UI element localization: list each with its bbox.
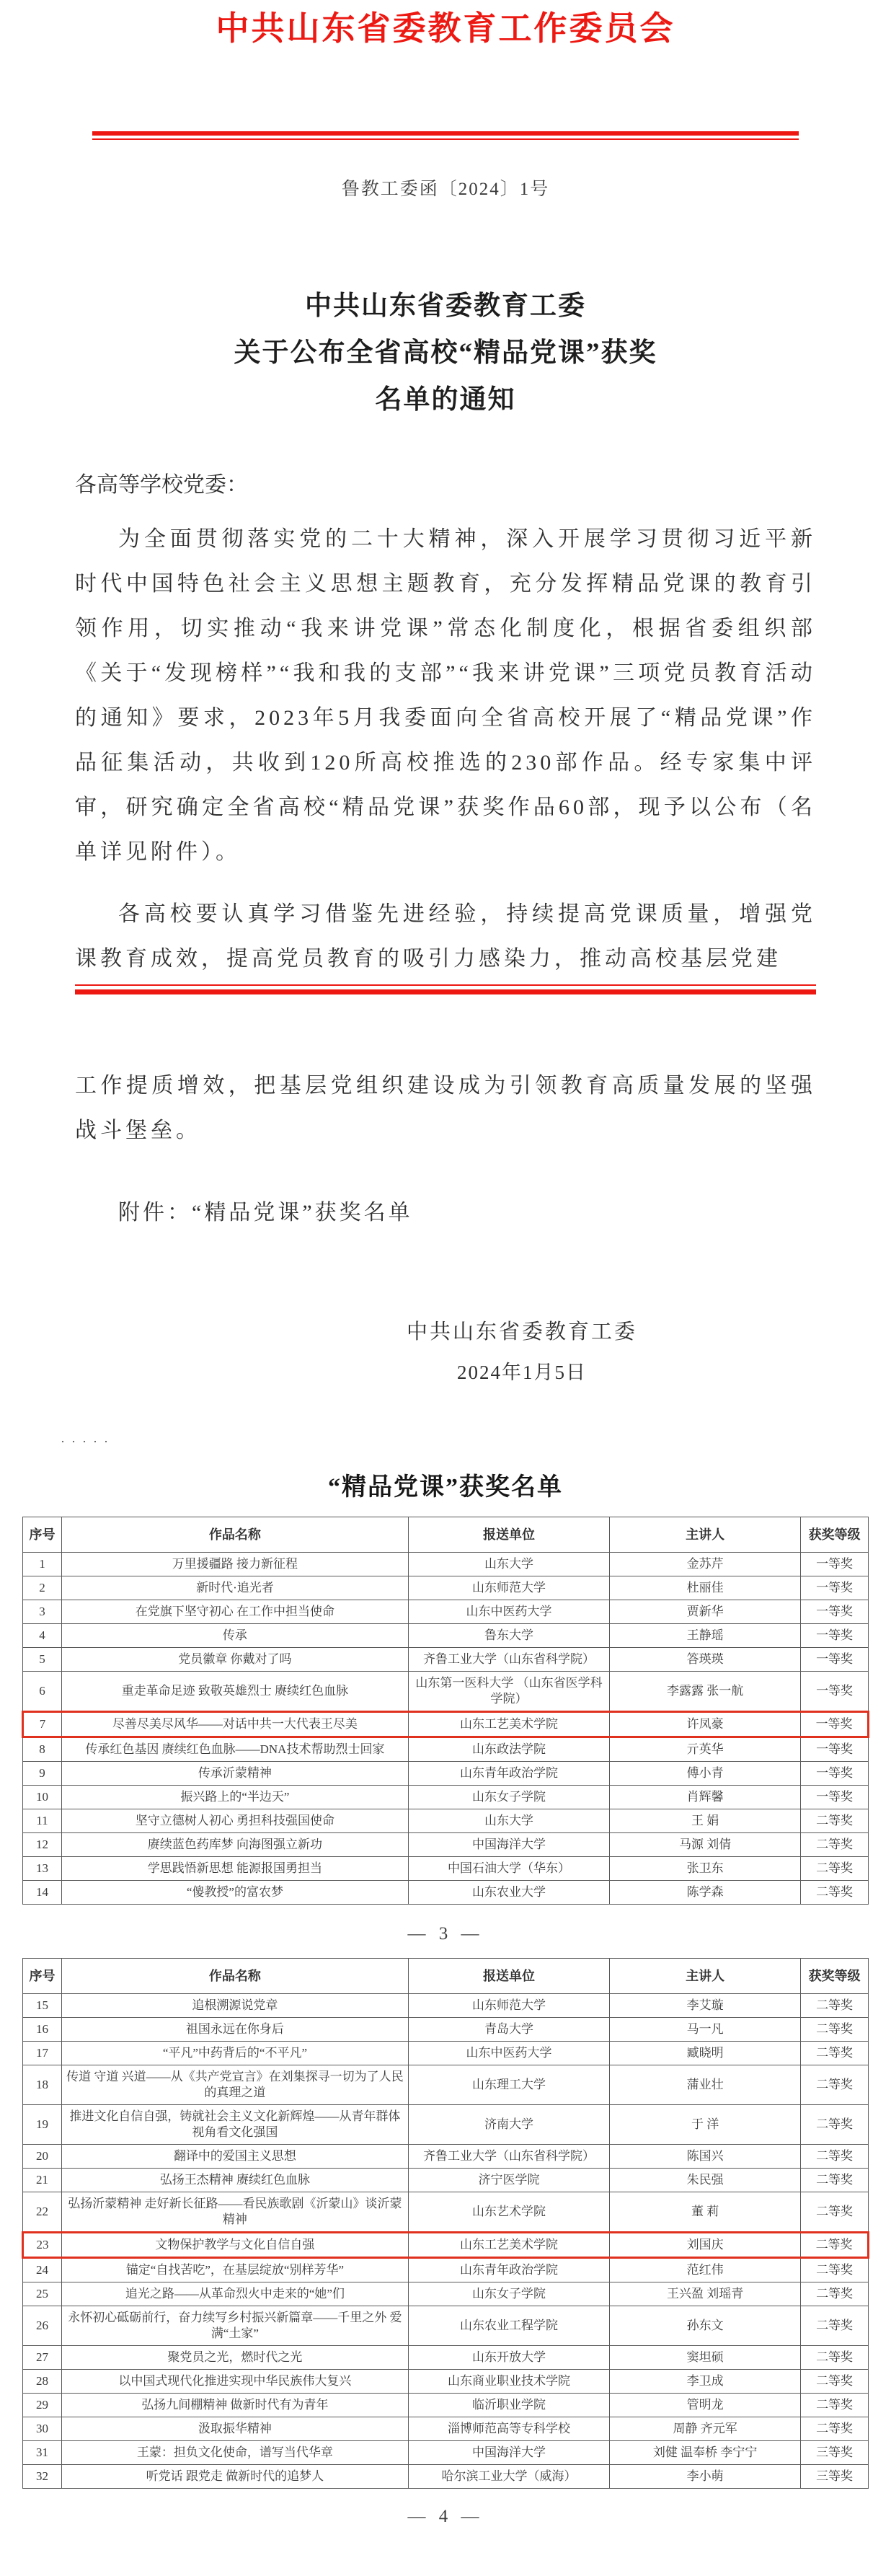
row-number: 2 bbox=[23, 1576, 62, 1600]
work-title: 汲取振华精神 bbox=[61, 2417, 408, 2441]
submitting-unit: 山东中医药大学 bbox=[408, 1600, 609, 1624]
signature-date: 2024年1月5日 bbox=[407, 1358, 637, 1387]
award-row-11: 11坚守立德树人初心 勇担科技强国使命山东大学王 娟二等奖 bbox=[23, 1809, 869, 1833]
award-row-9: 9传承沂蒙精神山东青年政治学院傅小青一等奖 bbox=[23, 1762, 869, 1786]
notice-title: 中共山东省委教育工委 关于公布全省高校“精品党课”获奖 名单的通知 bbox=[0, 283, 891, 423]
row-number: 10 bbox=[23, 1786, 62, 1809]
award-row-32: 32听党话 跟党走 做新时代的追梦人哈尔滨工业大学（威海）李小萌三等奖 bbox=[23, 2465, 869, 2489]
speaker-name: 张卫东 bbox=[610, 1857, 801, 1881]
submitting-unit: 临沂职业学院 bbox=[408, 2394, 609, 2417]
award-level: 一等奖 bbox=[801, 1624, 869, 1648]
work-title: 推进文化自信自强，铸就社会主义文化新辉煌——从青年群体视角看文化强国 bbox=[61, 2105, 408, 2145]
work-title: 翻译中的爱国主义思想 bbox=[61, 2145, 408, 2169]
work-title: 王蒙：担负文化使命，谱写当代华章 bbox=[61, 2441, 408, 2465]
notice-title-line-1: 中共山东省委教育工委 bbox=[0, 283, 891, 330]
speaker-name: 陈国兴 bbox=[610, 2145, 801, 2169]
award-level: 二等奖 bbox=[801, 2346, 869, 2370]
speaker-name: 王兴盈 刘瑶青 bbox=[610, 2282, 801, 2306]
official-notice-document: 中共山东省委教育工作委员会 鲁教工委函〔2024〕1号 中共山东省委教育工委 关… bbox=[0, 0, 891, 2576]
row-number: 15 bbox=[23, 1994, 62, 2018]
work-title: 万里援疆路 接力新征程 bbox=[61, 1553, 408, 1576]
work-title: 弘扬王杰精神 赓续红色血脉 bbox=[61, 2169, 408, 2192]
submitting-unit: 山东理工大学 bbox=[408, 2065, 609, 2105]
submitting-unit: 中国石油大学（华东） bbox=[408, 1857, 609, 1881]
row-number: 23 bbox=[23, 2233, 62, 2258]
award-level: 二等奖 bbox=[801, 1881, 869, 1905]
award-level: 二等奖 bbox=[801, 2042, 869, 2065]
submitting-unit: 山东女子学院 bbox=[408, 1786, 609, 1809]
award-row-10: 10振兴路上的“半边天”山东女子学院肖辉馨一等奖 bbox=[23, 1786, 869, 1809]
award-table-page-3: 序号作品名称报送单位主讲人获奖等级 1万里援疆路 接力新征程山东大学金苏芹一等奖… bbox=[22, 1517, 869, 1905]
award-level: 二等奖 bbox=[801, 2145, 869, 2169]
page-separator-red-rule bbox=[75, 984, 816, 994]
work-title: 传道 守道 兴道——从《共产党宣言》在刘集探寻一切为了人民的真理之道 bbox=[61, 2065, 408, 2105]
speaker-name: 马一凡 bbox=[610, 2018, 801, 2042]
submitting-unit: 山东农业大学 bbox=[408, 1881, 609, 1905]
body-paragraph-2-part-1: 各高校要认真学习借鉴先进经验，持续提高党课质量，增强党课教育成效，提高党员教育的… bbox=[75, 892, 816, 982]
submitting-unit: 山东中医药大学 bbox=[408, 2042, 609, 2065]
award-row-19: 19推进文化自信自强，铸就社会主义文化新辉煌——从青年群体视角看文化强国济南大学… bbox=[23, 2105, 869, 2145]
award-level: 二等奖 bbox=[801, 2282, 869, 2306]
row-number: 31 bbox=[23, 2441, 62, 2465]
row-number: 7 bbox=[23, 1712, 62, 1737]
award-level: 二等奖 bbox=[801, 2370, 869, 2394]
submitting-unit: 齐鲁工业大学（山东省科学院） bbox=[408, 2145, 609, 2169]
award-level: 一等奖 bbox=[801, 1576, 869, 1600]
award-level: 二等奖 bbox=[801, 2394, 869, 2417]
speaker-name: 朱民强 bbox=[610, 2169, 801, 2192]
award-level: 一等奖 bbox=[801, 1786, 869, 1809]
row-number: 22 bbox=[23, 2192, 62, 2233]
col-header-no: 序号 bbox=[23, 1959, 62, 1994]
col-header-work-title: 作品名称 bbox=[61, 1959, 408, 1994]
submitting-unit: 山东第一医科大学 （山东省医学科学院） bbox=[408, 1672, 609, 1712]
speaker-name: 刘健 温奉桥 李宁宁 bbox=[610, 2441, 801, 2465]
speaker-name: 管明龙 bbox=[610, 2394, 801, 2417]
work-title: 聚党员之光，燃时代之光 bbox=[61, 2346, 408, 2370]
award-level: 二等奖 bbox=[801, 2306, 869, 2346]
submitting-unit: 山东师范大学 bbox=[408, 1576, 609, 1600]
speaker-name: 贾新华 bbox=[610, 1600, 801, 1624]
award-level: 二等奖 bbox=[801, 1857, 869, 1881]
submitting-unit: 山东开放大学 bbox=[408, 2346, 609, 2370]
submitting-unit: 山东商业职业技术学院 bbox=[408, 2370, 609, 2394]
work-title: “傻教授”的富农梦 bbox=[61, 1881, 408, 1905]
submitting-unit: 山东艺术学院 bbox=[408, 2192, 609, 2233]
speaker-name: 孙东文 bbox=[610, 2306, 801, 2346]
submitting-unit: 哈尔滨工业大学（威海） bbox=[408, 2465, 609, 2489]
table-header-row: 序号作品名称报送单位主讲人获奖等级 bbox=[23, 1959, 869, 1994]
submitting-unit: 山东工艺美术学院 bbox=[408, 1712, 609, 1737]
award-table-page-4: 序号作品名称报送单位主讲人获奖等级 15追根溯源说党章山东师范大学李艾璇二等奖1… bbox=[22, 1958, 869, 2489]
award-row-21: 21弘扬王杰精神 赓续红色血脉济宁医学院朱民强二等奖 bbox=[23, 2169, 869, 2192]
submitting-unit: 济宁医学院 bbox=[408, 2169, 609, 2192]
row-number: 24 bbox=[23, 2258, 62, 2282]
award-row-5: 5党员徽章 你戴对了吗齐鲁工业大学（山东省科学院）答瑛瑛一等奖 bbox=[23, 1648, 869, 1672]
submitting-unit: 山东政法学院 bbox=[408, 1737, 609, 1762]
work-title: 在党旗下坚守初心 在工作中担当使命 bbox=[61, 1600, 408, 1624]
row-number: 4 bbox=[23, 1624, 62, 1648]
award-row-20: 20翻译中的爱国主义思想齐鲁工业大学（山东省科学院）陈国兴二等奖 bbox=[23, 2145, 869, 2169]
speaker-name: 王静瑶 bbox=[610, 1624, 801, 1648]
work-title: “平凡”中药背后的“不平凡” bbox=[61, 2042, 408, 2065]
row-number: 6 bbox=[23, 1672, 62, 1712]
body-paragraph-1: 为全面贯彻落实党的二十大精神，深入开展学习贯彻习近平新时代中国特色社会主义思想主… bbox=[75, 517, 816, 875]
letterhead-red-rule bbox=[92, 131, 799, 140]
body-paragraph-2-part-2: 工作提质增效，把基层党组织建设成为引领教育高质量发展的坚强战斗堡垒。 bbox=[75, 1064, 816, 1153]
col-header-speaker: 主讲人 bbox=[610, 1517, 801, 1553]
submitting-unit: 青岛大学 bbox=[408, 2018, 609, 2042]
row-number: 3 bbox=[23, 1600, 62, 1624]
row-number: 5 bbox=[23, 1648, 62, 1672]
row-number: 14 bbox=[23, 1881, 62, 1905]
award-row-25: 25追光之路——从革命烈火中走来的“她”们山东女子学院王兴盈 刘瑶青二等奖 bbox=[23, 2282, 869, 2306]
table-header-row: 序号作品名称报送单位主讲人获奖等级 bbox=[23, 1517, 869, 1553]
speaker-name: 金苏芹 bbox=[610, 1553, 801, 1576]
row-number: 16 bbox=[23, 2018, 62, 2042]
notice-title-line-2: 关于公布全省高校“精品党课”获奖 bbox=[0, 330, 891, 376]
row-number: 9 bbox=[23, 1762, 62, 1786]
award-row-16: 16祖国永远在你身后青岛大学马一凡二等奖 bbox=[23, 2018, 869, 2042]
award-row-1: 1万里援疆路 接力新征程山东大学金苏芹一等奖 bbox=[23, 1553, 869, 1576]
award-row-3: 3在党旗下坚守初心 在工作中担当使命山东中医药大学贾新华一等奖 bbox=[23, 1600, 869, 1624]
speaker-name: 陈学森 bbox=[610, 1881, 801, 1905]
submitting-unit: 淄博师范高等专科学校 bbox=[408, 2417, 609, 2441]
page-3-marker: — 3 — bbox=[0, 1922, 891, 1946]
award-level: 二等奖 bbox=[801, 2065, 869, 2105]
award-level: 三等奖 bbox=[801, 2465, 869, 2489]
speaker-name: 李小萌 bbox=[610, 2465, 801, 2489]
col-header-submitting-unit: 报送单位 bbox=[408, 1517, 609, 1553]
award-row-23: 23文物保护教学与文化自信自强山东工艺美术学院刘国庆二等奖 bbox=[23, 2233, 869, 2258]
salutation: 各高等学校党委： bbox=[75, 471, 816, 500]
submitting-unit: 济南大学 bbox=[408, 2105, 609, 2145]
submitting-unit: 山东工艺美术学院 bbox=[408, 2233, 609, 2258]
speaker-name: 蒲业壮 bbox=[610, 2065, 801, 2105]
row-number: 20 bbox=[23, 2145, 62, 2169]
award-level: 二等奖 bbox=[801, 2233, 869, 2258]
speaker-name: 答瑛瑛 bbox=[610, 1648, 801, 1672]
award-row-27: 27聚党员之光，燃时代之光山东开放大学窦坦硕二等奖 bbox=[23, 2346, 869, 2370]
award-row-28: 28以中国式现代化推进实现中华民族伟大复兴山东商业职业技术学院李卫成二等奖 bbox=[23, 2370, 869, 2394]
work-title: 弘扬九间棚精神 做新时代有为青年 bbox=[61, 2394, 408, 2417]
award-level: 一等奖 bbox=[801, 1600, 869, 1624]
work-title: 听党话 跟党走 做新时代的追梦人 bbox=[61, 2465, 408, 2489]
col-header-submitting-unit: 报送单位 bbox=[408, 1959, 609, 1994]
work-title: 党员徽章 你戴对了吗 bbox=[61, 1648, 408, 1672]
red-rule-thin-line bbox=[92, 138, 799, 140]
row-number: 1 bbox=[23, 1553, 62, 1576]
award-row-6: 6重走革命足迹 致敬英雄烈士 赓续红色血脉山东第一医科大学 （山东省医学科学院）… bbox=[23, 1672, 869, 1712]
award-row-13: 13学思践悟新思想 能源报国勇担当中国石油大学（华东）张卫东二等奖 bbox=[23, 1857, 869, 1881]
award-level: 二等奖 bbox=[801, 2192, 869, 2233]
letterhead-org-title: 中共山东省委教育工作委员会 bbox=[0, 7, 891, 50]
award-level: 一等奖 bbox=[801, 1648, 869, 1672]
award-level: 二等奖 bbox=[801, 1833, 869, 1857]
award-level: 二等奖 bbox=[801, 2018, 869, 2042]
work-title: 重走革命足迹 致敬英雄烈士 赓续红色血脉 bbox=[61, 1672, 408, 1712]
row-number: 30 bbox=[23, 2417, 62, 2441]
work-title: 祖国永远在你身后 bbox=[61, 2018, 408, 2042]
work-title: 追光之路——从革命烈火中走来的“她”们 bbox=[61, 2282, 408, 2306]
row-number: 13 bbox=[23, 1857, 62, 1881]
work-title: 赓续蓝色药库梦 向海图强立新功 bbox=[61, 1833, 408, 1857]
speaker-name: 杜丽佳 bbox=[610, 1576, 801, 1600]
award-level: 二等奖 bbox=[801, 2417, 869, 2441]
col-header-speaker: 主讲人 bbox=[610, 1959, 801, 1994]
award-row-26: 26永怀初心砥砺前行，奋力续写乡村振兴新篇章——千里之外 爱满“土家”山东农业工… bbox=[23, 2306, 869, 2346]
award-level: 二等奖 bbox=[801, 2105, 869, 2145]
document-number: 鲁教工委函〔2024〕1号 bbox=[0, 177, 891, 202]
row-number: 21 bbox=[23, 2169, 62, 2192]
speaker-name: 傅小青 bbox=[610, 1762, 801, 1786]
award-level: 一等奖 bbox=[801, 1762, 869, 1786]
speaker-name: 马源 刘倩 bbox=[610, 1833, 801, 1857]
work-title: 传承 bbox=[61, 1624, 408, 1648]
speaker-name: 王 娟 bbox=[610, 1809, 801, 1833]
speaker-name: 刘国庆 bbox=[610, 2233, 801, 2258]
row-number: 18 bbox=[23, 2065, 62, 2105]
work-title: 锚定“自找苦吃”，在基层绽放“别样芳华” bbox=[61, 2258, 408, 2282]
award-row-29: 29弘扬九间棚精神 做新时代有为青年临沂职业学院管明龙二等奖 bbox=[23, 2394, 869, 2417]
submitting-unit: 山东青年政治学院 bbox=[408, 2258, 609, 2282]
submitting-unit: 山东女子学院 bbox=[408, 2282, 609, 2306]
speaker-name: 许凤豪 bbox=[610, 1712, 801, 1737]
speaker-name: 窦坦硕 bbox=[610, 2346, 801, 2370]
work-title: 传承红色基因 赓续红色血脉——DNA技术帮助烈士回家 bbox=[61, 1737, 408, 1762]
separator-thick-line bbox=[75, 989, 816, 994]
work-title: 学思践悟新思想 能源报国勇担当 bbox=[61, 1857, 408, 1881]
work-title: 振兴路上的“半边天” bbox=[61, 1786, 408, 1809]
submitting-unit: 山东大学 bbox=[408, 1809, 609, 1833]
ellipsis-marks: ····· bbox=[61, 1433, 891, 1450]
row-number: 19 bbox=[23, 2105, 62, 2145]
work-title: 永怀初心砥砺前行，奋力续写乡村振兴新篇章——千里之外 爱满“土家” bbox=[61, 2306, 408, 2346]
award-level: 二等奖 bbox=[801, 1809, 869, 1833]
award-level: 一等奖 bbox=[801, 1553, 869, 1576]
col-header-no: 序号 bbox=[23, 1517, 62, 1553]
award-level: 一等奖 bbox=[801, 1672, 869, 1712]
col-header-work-title: 作品名称 bbox=[61, 1517, 408, 1553]
award-row-30: 30汲取振华精神淄博师范高等专科学校周静 齐元军二等奖 bbox=[23, 2417, 869, 2441]
submitting-unit: 山东师范大学 bbox=[408, 1994, 609, 2018]
award-row-22: 22弘扬沂蒙精神 走好新长征路——看民族歌剧《沂蒙山》谈沂蒙精神山东艺术学院董 … bbox=[23, 2192, 869, 2233]
row-number: 26 bbox=[23, 2306, 62, 2346]
award-row-2: 2新时代·追光者山东师范大学杜丽佳一等奖 bbox=[23, 1576, 869, 1600]
row-number: 27 bbox=[23, 2346, 62, 2370]
speaker-name: 于 洋 bbox=[610, 2105, 801, 2145]
work-title: 追根溯源说党章 bbox=[61, 1994, 408, 2018]
award-level: 二等奖 bbox=[801, 1994, 869, 2018]
work-title: 坚守立德树人初心 勇担科技强国使命 bbox=[61, 1809, 408, 1833]
speaker-name: 亓英华 bbox=[610, 1737, 801, 1762]
award-level: 三等奖 bbox=[801, 2441, 869, 2465]
speaker-name: 肖辉馨 bbox=[610, 1786, 801, 1809]
award-level: 一等奖 bbox=[801, 1712, 869, 1737]
row-number: 29 bbox=[23, 2394, 62, 2417]
col-header-award-level: 获奖等级 bbox=[801, 1517, 869, 1553]
speaker-name: 李卫成 bbox=[610, 2370, 801, 2394]
speaker-name: 范红伟 bbox=[610, 2258, 801, 2282]
submitting-unit: 鲁东大学 bbox=[408, 1624, 609, 1648]
award-row-24: 24锚定“自找苦吃”，在基层绽放“别样芳华”山东青年政治学院范红伟二等奖 bbox=[23, 2258, 869, 2282]
col-header-award-level: 获奖等级 bbox=[801, 1959, 869, 1994]
submitting-unit: 齐鲁工业大学（山东省科学院） bbox=[408, 1648, 609, 1672]
award-row-31: 31王蒙：担负文化使命，谱写当代华章中国海洋大学刘健 温奉桥 李宁宁三等奖 bbox=[23, 2441, 869, 2465]
speaker-name: 李露露 张一航 bbox=[610, 1672, 801, 1712]
work-title: 弘扬沂蒙精神 走好新长征路——看民族歌剧《沂蒙山》谈沂蒙精神 bbox=[61, 2192, 408, 2233]
speaker-name: 李艾璇 bbox=[610, 1994, 801, 2018]
submitting-unit: 山东农业工程学院 bbox=[408, 2306, 609, 2346]
row-number: 8 bbox=[23, 1737, 62, 1762]
work-title: 新时代·追光者 bbox=[61, 1576, 408, 1600]
award-row-15: 15追根溯源说党章山东师范大学李艾璇二等奖 bbox=[23, 1994, 869, 2018]
notice-title-line-3: 名单的通知 bbox=[0, 376, 891, 423]
award-row-4: 4传承鲁东大学王静瑶一等奖 bbox=[23, 1624, 869, 1648]
submitting-unit: 山东大学 bbox=[408, 1553, 609, 1576]
award-row-7: 7尽善尽美尽风华——对话中共一大代表王尽美山东工艺美术学院许凤豪一等奖 bbox=[23, 1712, 869, 1737]
award-level: 二等奖 bbox=[801, 2258, 869, 2282]
work-title: 尽善尽美尽风华——对话中共一大代表王尽美 bbox=[61, 1712, 408, 1737]
signature-block: 中共山东省委教育工委 2024年1月5日 bbox=[0, 1316, 637, 1387]
work-title: 文物保护教学与文化自信自强 bbox=[61, 2233, 408, 2258]
row-number: 11 bbox=[23, 1809, 62, 1833]
award-list-title: “精品党课”获奖名单 bbox=[0, 1470, 891, 1505]
page-4-marker: — 4 — bbox=[0, 2505, 891, 2529]
submitting-unit: 中国海洋大学 bbox=[408, 1833, 609, 1857]
row-number: 12 bbox=[23, 1833, 62, 1857]
speaker-name: 周静 齐元军 bbox=[610, 2417, 801, 2441]
submitting-unit: 中国海洋大学 bbox=[408, 2441, 609, 2465]
award-level: 一等奖 bbox=[801, 1737, 869, 1762]
attachment-note: 附件：“精品党课”获奖名单 bbox=[75, 1191, 816, 1235]
award-row-18: 18传道 守道 兴道——从《共产党宣言》在刘集探寻一切为了人民的真理之道山东理工… bbox=[23, 2065, 869, 2105]
row-number: 25 bbox=[23, 2282, 62, 2306]
speaker-name: 董 莉 bbox=[610, 2192, 801, 2233]
award-row-8: 8传承红色基因 赓续红色血脉——DNA技术帮助烈士回家山东政法学院亓英华一等奖 bbox=[23, 1737, 869, 1762]
row-number: 32 bbox=[23, 2465, 62, 2489]
award-row-12: 12赓续蓝色药库梦 向海图强立新功中国海洋大学马源 刘倩二等奖 bbox=[23, 1833, 869, 1857]
row-number: 17 bbox=[23, 2042, 62, 2065]
award-level: 二等奖 bbox=[801, 2169, 869, 2192]
work-title: 以中国式现代化推进实现中华民族伟大复兴 bbox=[61, 2370, 408, 2394]
row-number: 28 bbox=[23, 2370, 62, 2394]
signature-organization: 中共山东省委教育工委 bbox=[407, 1316, 637, 1348]
submitting-unit: 山东青年政治学院 bbox=[408, 1762, 609, 1786]
award-row-14: 14“傻教授”的富农梦山东农业大学陈学森二等奖 bbox=[23, 1881, 869, 1905]
award-row-17: 17“平凡”中药背后的“不平凡”山东中医药大学臧晓明二等奖 bbox=[23, 2042, 869, 2065]
work-title: 传承沂蒙精神 bbox=[61, 1762, 408, 1786]
speaker-name: 臧晓明 bbox=[610, 2042, 801, 2065]
